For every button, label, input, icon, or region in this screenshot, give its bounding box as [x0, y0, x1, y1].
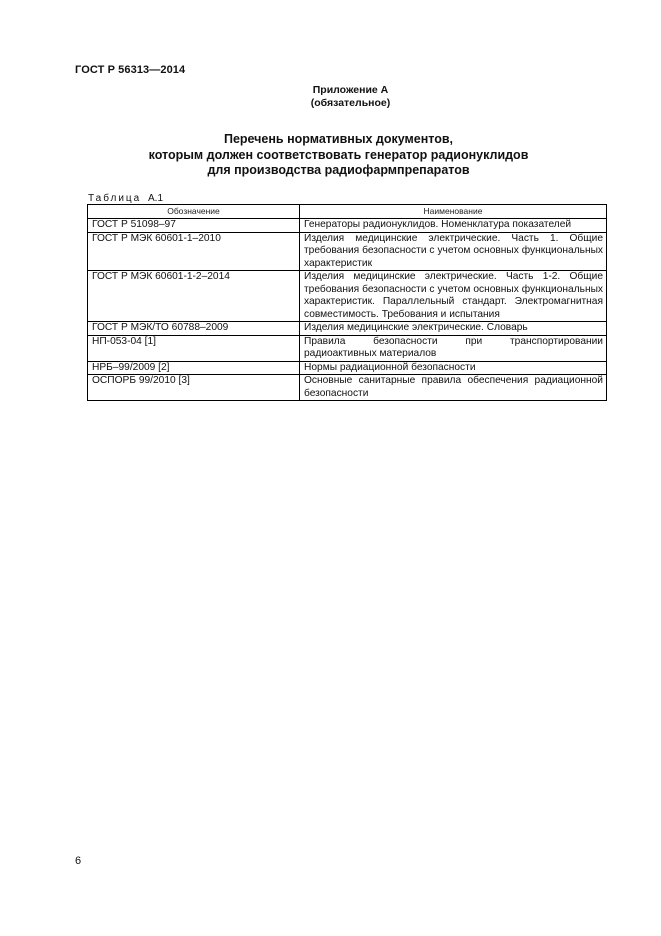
column-header-designation: Обозначение: [88, 205, 300, 219]
title-line-2: которым должен соответствовать генератор…: [8, 148, 661, 164]
designation-cell: ГОСТ Р 51098–97: [88, 219, 300, 233]
table-caption-number: А.1: [148, 193, 163, 204]
name-cell: Изделия медицинские электрические. Слова…: [300, 322, 607, 336]
column-header-name: Наименование: [300, 205, 607, 219]
title-line-1: Перечень нормативных документов,: [8, 132, 661, 148]
table-header-row: Обозначение Наименование: [88, 205, 607, 219]
table-caption-word: Таблица: [88, 193, 141, 204]
name-cell: Нормы радиационной безопасности: [300, 361, 607, 375]
document-code: ГОСТ Р 56313—2014: [75, 64, 185, 76]
title-line-3: для производства радиофармпрепаратов: [8, 163, 661, 179]
table-row: НРБ–99/2009 [2] Нормы радиационной безоп…: [88, 361, 607, 375]
appendix-status: (обязательное): [40, 97, 661, 110]
name-cell: Правила безопасности при транспортирован…: [300, 335, 607, 361]
table-row: ГОСТ Р МЭК 60601-1-2–2014 Изделия медици…: [88, 271, 607, 322]
page-title: Перечень нормативных документов, которым…: [8, 132, 661, 179]
designation-cell: ГОСТ Р МЭК 60601-1-2–2014: [88, 271, 300, 322]
designation-cell: ГОСТ Р МЭК/ТО 60788–2009: [88, 322, 300, 336]
table-row: ГОСТ Р МЭК 60601-1–2010 Изделия медицинс…: [88, 232, 607, 271]
name-cell: Генераторы радионуклидов. Номенклатура п…: [300, 219, 607, 233]
designation-cell: ОСПОРБ 99/2010 [3]: [88, 375, 300, 401]
table-caption: Таблица А.1: [88, 193, 163, 204]
table-row: ОСПОРБ 99/2010 [3] Основные санитарные п…: [88, 375, 607, 401]
name-cell: Основные санитарные правила обеспечения …: [300, 375, 607, 401]
designation-cell: НП-053-04 [1]: [88, 335, 300, 361]
table-row: НП-053-04 [1] Правила безопасности при т…: [88, 335, 607, 361]
designation-cell: ГОСТ Р МЭК 60601-1–2010: [88, 232, 300, 271]
table-row: ГОСТ Р МЭК/ТО 60788–2009 Изделия медицин…: [88, 322, 607, 336]
appendix-heading: Приложение А (обязательное): [0, 84, 661, 110]
appendix-label: Приложение А: [40, 84, 661, 97]
name-cell: Изделия медицинские электрические. Часть…: [300, 232, 607, 271]
page-number: 6: [75, 855, 81, 867]
designation-cell: НРБ–99/2009 [2]: [88, 361, 300, 375]
name-cell: Изделия медицинские электрические. Часть…: [300, 271, 607, 322]
table-row: ГОСТ Р 51098–97 Генераторы радионуклидов…: [88, 219, 607, 233]
normative-documents-table: Обозначение Наименование ГОСТ Р 51098–97…: [87, 204, 607, 401]
